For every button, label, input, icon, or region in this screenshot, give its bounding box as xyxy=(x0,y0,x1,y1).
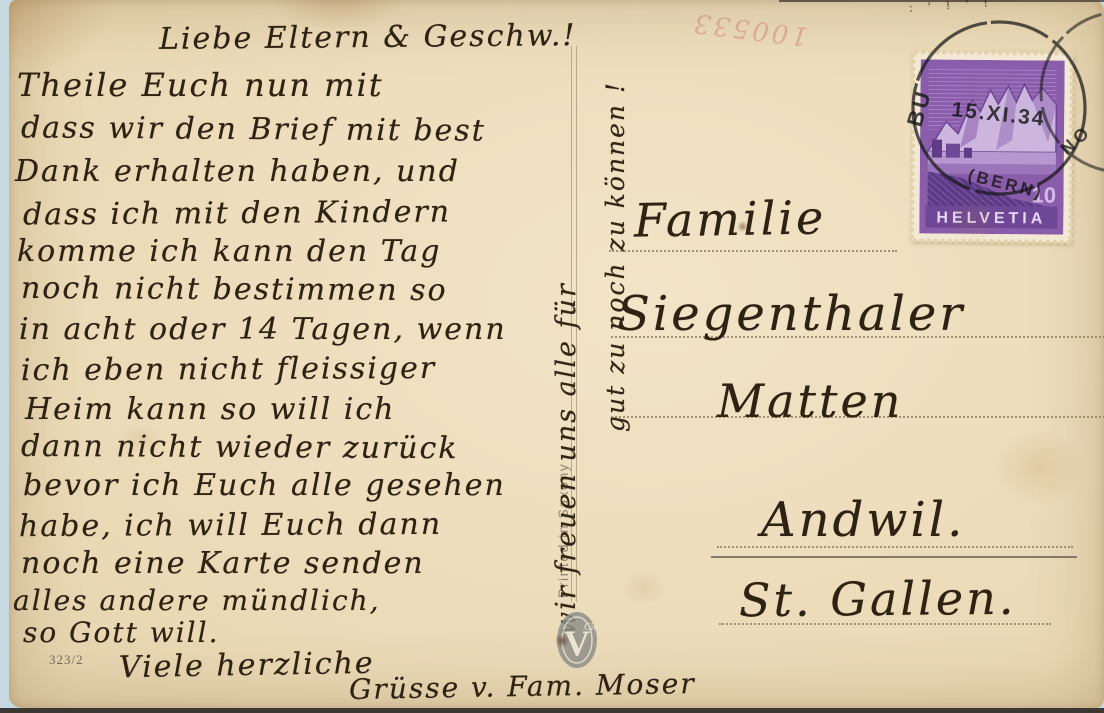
message-line: komme ich kann den Tag xyxy=(17,234,442,269)
message-line: noch nicht bestimmen so xyxy=(21,271,448,308)
publisher-logo: V Cie xyxy=(555,610,599,670)
svg-text:10: 10 xyxy=(1031,182,1056,207)
serial-number: 323/2 xyxy=(49,652,84,668)
address-underline-solid xyxy=(711,556,1077,558)
address-street: Matten xyxy=(717,374,903,428)
message-closing: Viele herzliche xyxy=(119,646,375,685)
message-line: Heim kann so will ich xyxy=(25,392,395,427)
address-town: Andwil. xyxy=(761,492,965,548)
vertical-handwritten-note-2: gut zu noch zu können ! xyxy=(601,22,630,432)
message-line: dann nicht wieder zurück xyxy=(21,429,459,466)
message-line: Dank erhalten haben, und xyxy=(15,154,460,189)
vertical-handwritten-note-1: wir freuen uns alle für xyxy=(551,60,582,635)
postcard-back: Liebe Eltern & Geschw.! Theile Euch nun … xyxy=(9,0,1104,708)
stamp-mountain-art: 10 HELVETIA xyxy=(919,59,1065,234)
stamp-perforation xyxy=(913,48,1073,56)
message-line: habe, ich will Euch dann xyxy=(19,507,442,544)
message-signature: Grüsse v. Fam. Moser xyxy=(349,667,696,706)
postage-stamp: 10 HELVETIA xyxy=(911,51,1073,242)
message-line: in acht oder 14 Tagen, wenn xyxy=(19,312,507,347)
message-line: dass wir den Brief mit best xyxy=(21,110,486,148)
message-line: bevor ich Euch alle gesehen xyxy=(23,468,506,503)
address-canton: St. Gallen. xyxy=(739,571,1017,627)
address-surname: Siegenthaler xyxy=(617,286,965,342)
message-salutation: Liebe Eltern & Geschw.! xyxy=(159,18,577,57)
message-line: noch eine Karte senden xyxy=(21,546,425,581)
message-line: alles andere mündlich, xyxy=(13,584,381,617)
message-line: ich eben nicht fleissiger xyxy=(21,351,436,388)
svg-text:Cie: Cie xyxy=(584,622,598,633)
stamp-perforation xyxy=(911,237,1071,245)
message-line: Theile Euch nun mit xyxy=(17,66,384,104)
message-line: dass ich mit den Kindern xyxy=(23,195,451,233)
address-recipient: Familie xyxy=(634,190,827,247)
svg-text:HELVETIA: HELVETIA xyxy=(936,210,1046,228)
stamp-perforation xyxy=(908,51,917,241)
postcard-scan: Liebe Eltern & Geschw.! Theile Euch nun … xyxy=(0,0,1104,713)
address-ruled-line xyxy=(609,250,897,252)
scan-edge-bottom xyxy=(0,708,1104,713)
postcard-edge-shadow xyxy=(779,0,1104,2)
message-line: so Gott will. xyxy=(23,616,220,649)
svg-text:: ' ! ' !: : ' ! ' ! xyxy=(908,0,994,15)
stamp-perforation xyxy=(1067,53,1076,243)
faint-archive-number: 100533 xyxy=(690,7,810,51)
